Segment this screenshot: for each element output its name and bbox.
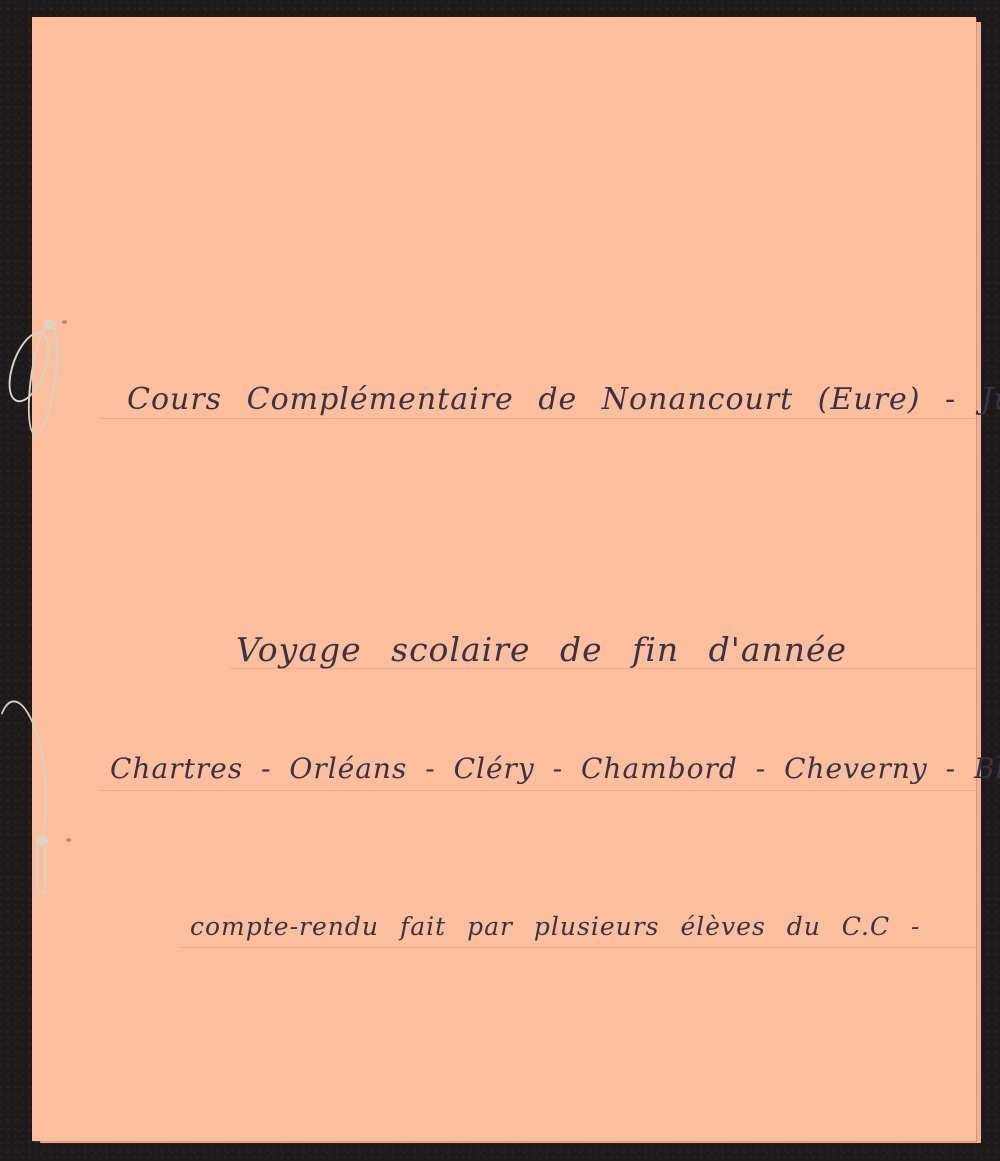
report-credit-line: compte-rendu fait par plusieurs élèves d… xyxy=(190,912,921,941)
title-line: Voyage scolaire de fin d'année xyxy=(236,630,847,669)
string-strand-bottom-b xyxy=(36,840,46,894)
school-header-line: Cours Complémentaire de Nonancourt (Eure… xyxy=(127,382,1000,417)
ruled-line-4 xyxy=(180,947,976,948)
punch-hole-top xyxy=(62,320,67,324)
ruled-line-3 xyxy=(100,790,976,791)
ruled-line-1 xyxy=(100,418,976,419)
punch-hole-bottom xyxy=(66,838,71,842)
cover-page xyxy=(32,17,976,1141)
itinerary-line: Chartres - Orléans - Cléry - Chambord - … xyxy=(110,752,1000,785)
